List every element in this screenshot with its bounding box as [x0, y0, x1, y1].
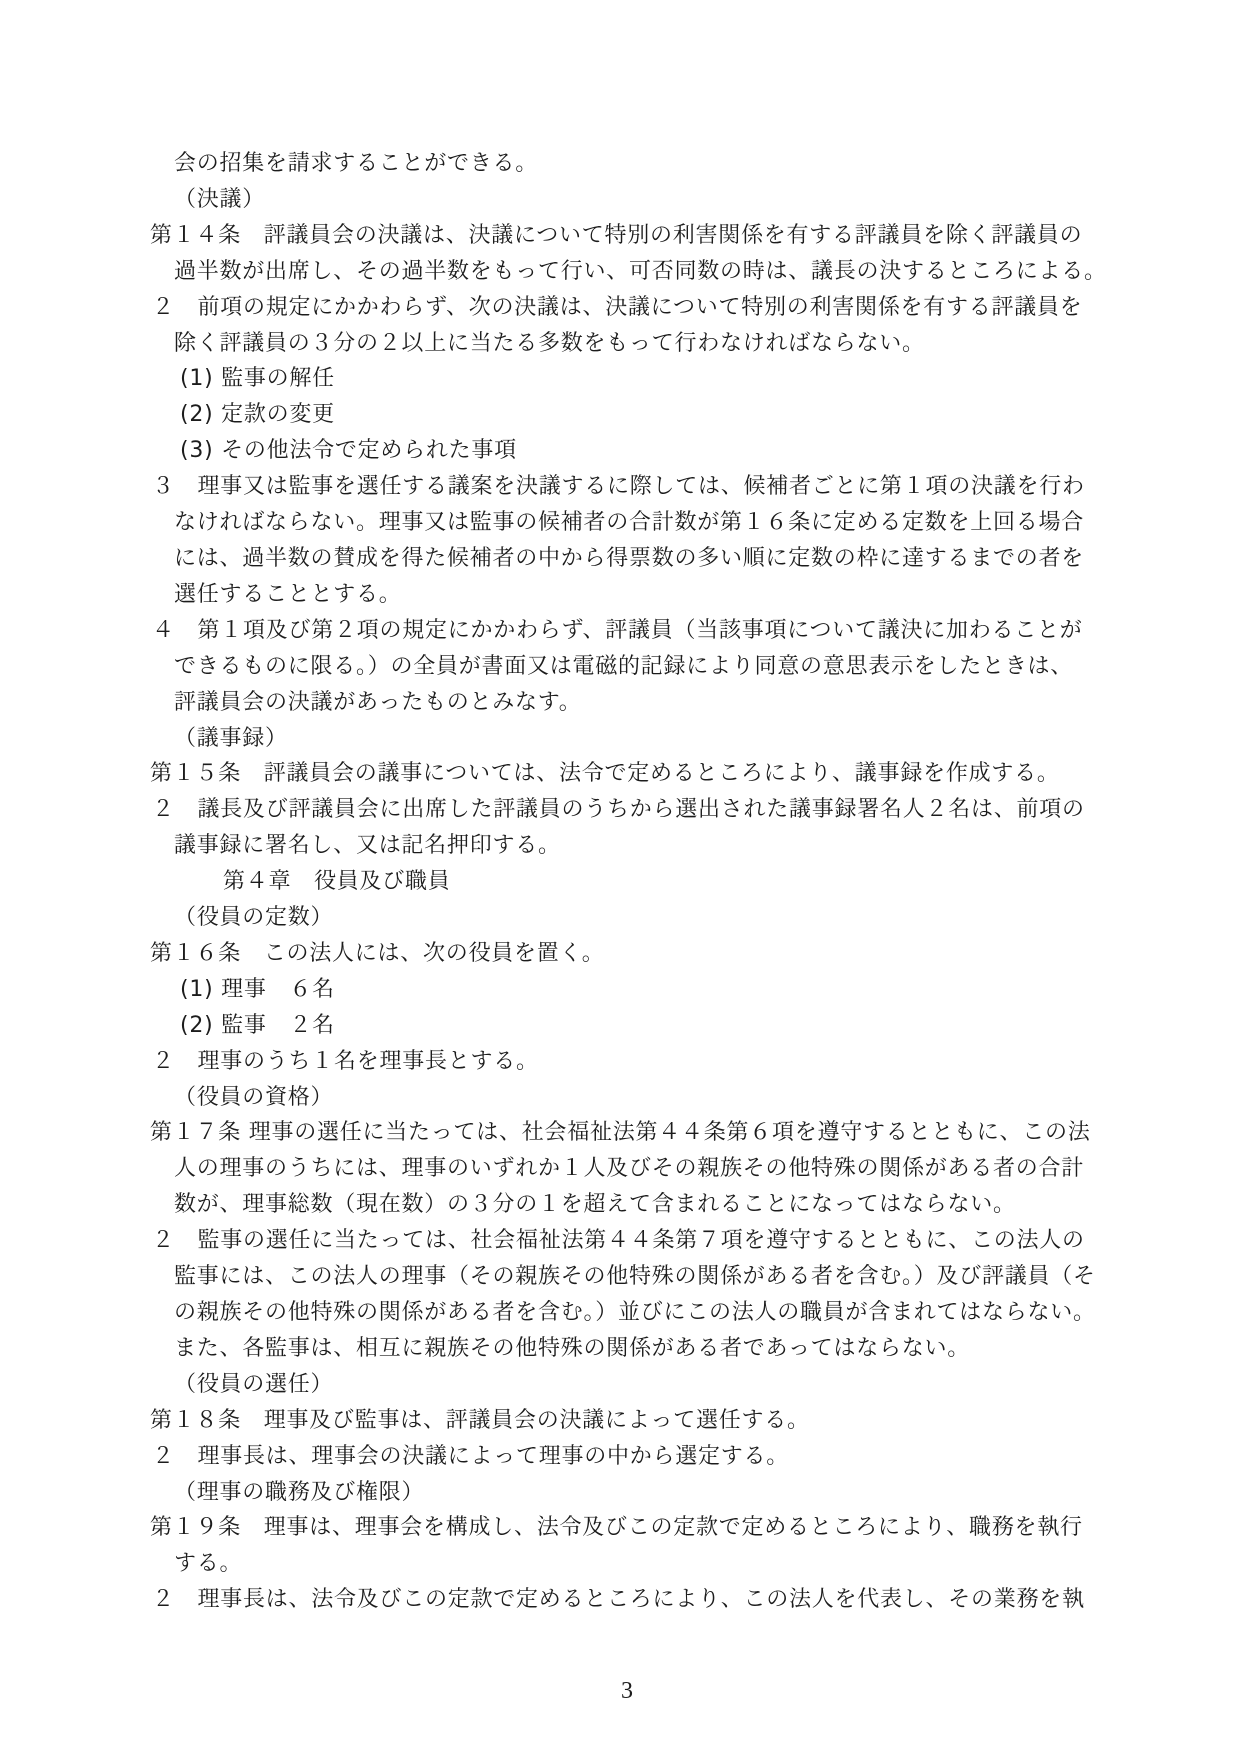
document-line: 監事には、この法人の理事（その親族その他特殊の関係がある者を含む。）及び評議員（… [174, 1259, 1150, 1295]
document-line: ２ 理事長は、理事会の決議によって理事の中から選定する。 [152, 1439, 1150, 1475]
document-page: 会の招集を請求することができる。（決議）第１４条 評議員会の決議は、決議について… [0, 0, 1240, 1754]
document-line: ２ 議長及び評議員会に出席した評議員のうちから選出された議事録署名人２名は、前項… [152, 792, 1150, 828]
document-line: ２ 監事の選任に当たっては、社会福祉法第４４条第７項を遵守するとともに、この法人… [152, 1223, 1150, 1259]
document-line: 第１８条 理事及び監事は、評議員会の決議によって選任する。 [150, 1403, 1150, 1439]
document-line: 選任することとする。 [174, 577, 1150, 613]
document-line: （議事録） [174, 721, 1150, 757]
document-line: 数が、理事総数（現在数）の３分の１を超えて含まれることになってはならない。 [174, 1187, 1150, 1223]
document-line: (2) 定款の変更 [180, 397, 1150, 433]
document-line: （理事の職務及び権限） [174, 1475, 1150, 1511]
document-line: 第４章 役員及び職員 [223, 864, 1150, 900]
document-line: 会の招集を請求することができる。 [174, 146, 1150, 182]
document-line: なければならない。理事又は監事の候補者の合計数が第１６条に定める定数を上回る場合 [174, 505, 1150, 541]
document-line: 評議員会の決議があったものとみなす。 [174, 685, 1150, 721]
document-line: 第１９条 理事は、理事会を構成し、法令及びこの定款で定めるところにより、職務を執… [150, 1510, 1150, 1546]
document-line: 第１５条 評議員会の議事については、法令で定めるところにより、議事録を作成する。 [150, 756, 1150, 792]
document-line: (1) 監事の解任 [180, 361, 1150, 397]
document-line: 第１４条 評議員会の決議は、決議について特別の利害関係を有する評議員を除く評議員… [150, 218, 1150, 254]
document-line: 過半数が出席し、その過半数をもって行い、可否同数の時は、議長の決するところによる… [174, 254, 1150, 290]
document-line: の親族その他特殊の関係がある者を含む。）並びにこの法人の職員が含まれてはならない… [174, 1295, 1150, 1331]
document-body: 会の招集を請求することができる。（決議）第１４条 評議員会の決議は、決議について… [150, 146, 1150, 1618]
document-line: には、過半数の賛成を得た候補者の中から得票数の多い順に定数の枠に達するまでの者を [174, 541, 1150, 577]
document-line: また、各監事は、相互に親族その他特殊の関係がある者であってはならない。 [174, 1331, 1150, 1367]
document-line: できるものに限る。）の全員が書面又は電磁的記録により同意の意思表示をしたときは、 [174, 649, 1150, 685]
document-line: ４ 第１項及び第２項の規定にかかわらず、評議員（当該事項について議決に加わること… [152, 613, 1150, 649]
document-line: 除く評議員の３分の２以上に当たる多数をもって行わなければならない。 [174, 326, 1150, 362]
document-line: ３ 理事又は監事を選任する議案を決議するに際しては、候補者ごとに第１項の決議を行… [152, 469, 1150, 505]
document-line: 第１６条 この法人には、次の役員を置く。 [150, 936, 1150, 972]
document-line: 人の理事のうちには、理事のいずれか１人及びその親族その他特殊の関係がある者の合計 [174, 1151, 1150, 1187]
document-line: （役員の選任） [174, 1367, 1150, 1403]
document-line: (1) 理事 ６名 [180, 972, 1150, 1008]
document-line: （役員の定数） [174, 900, 1150, 936]
document-line: ２ 理事長は、法令及びこの定款で定めるところにより、この法人を代表し、その業務を… [152, 1582, 1150, 1618]
document-line: ２ 前項の規定にかかわらず、次の決議は、決議について特別の利害関係を有する評議員… [152, 290, 1150, 326]
document-line: (2) 監事 ２名 [180, 1008, 1150, 1044]
document-line: 第１７条 理事の選任に当たっては、社会福祉法第４４条第６項を遵守するとともに、こ… [150, 1115, 1150, 1151]
document-line: （決議） [174, 182, 1150, 218]
document-line: (3) その他法令で定められた事項 [180, 433, 1150, 469]
page-number: 3 [0, 1678, 1240, 1705]
document-line: 議事録に署名し、又は記名押印する。 [174, 828, 1150, 864]
document-line: （役員の資格） [174, 1080, 1150, 1116]
document-line: する。 [174, 1546, 1150, 1582]
document-line: ２ 理事のうち１名を理事長とする。 [152, 1044, 1150, 1080]
